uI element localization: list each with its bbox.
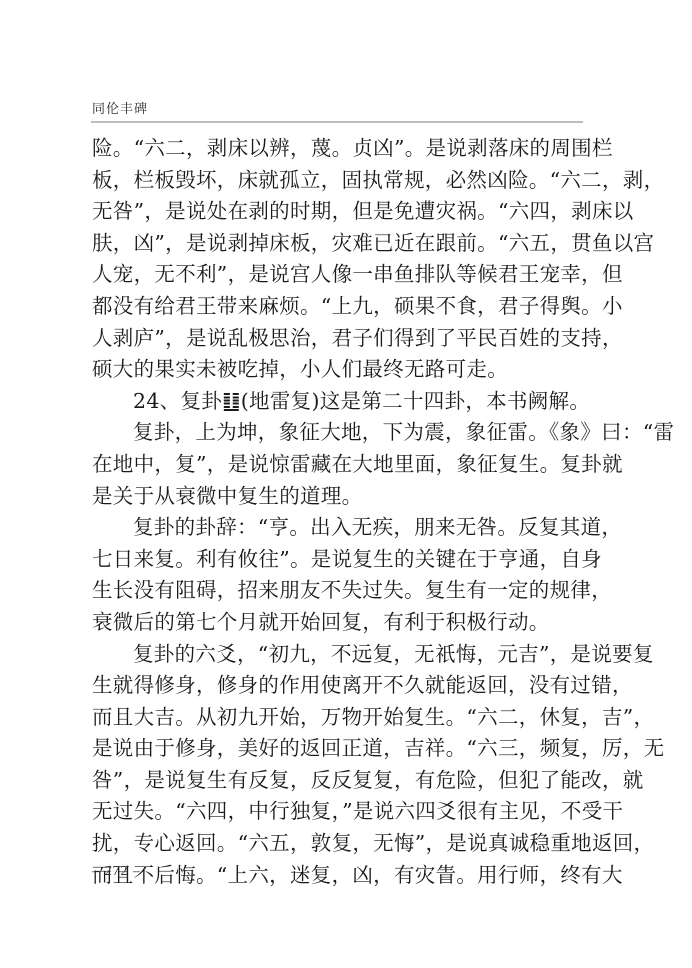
text-line: 无过失。“六四，中行独复，”是说六四爻很有主见，不受干	[92, 796, 584, 828]
book-page: 同伦丰碑 险。“六二，剥床以辨，蔑。贞凶”。是说剥落床的周围栏板，栏板毁坏，床就…	[0, 0, 692, 968]
text-line: 生就得修身，修身的作用使离开不久就能返回，没有过错，	[92, 670, 584, 702]
text-line: 人宠，无不利”，是说宫人像一串鱼排队等候君王宠幸，但	[92, 259, 584, 291]
text-line: 险。“六二，剥床以辨，蔑。贞凶”。是说剥落床的周围栏	[92, 133, 584, 165]
text-line: 是关于从衰微中复生的道理。	[92, 481, 584, 513]
text-line: 扰，专心返回。“六五，敦复，无悔”，是说真诚稳重地返回，	[92, 828, 584, 860]
text-line: 复卦的卦辞：“亨。出入无疾，朋来无咎。反复其道，	[92, 512, 584, 544]
text-line: 24、复卦䷗(地雷复)这是第二十四卦，本书阙解。	[92, 386, 584, 418]
text-line: 是说由于修身，美好的返回正道，吉祥。“六三，频复，厉，无	[92, 733, 584, 765]
text-line: 都没有给君王带来麻烦。“上九，硕果不食，君子得舆。小	[92, 291, 584, 323]
text-line: 而且不后悔。“上六，迷复，凶，有灾眚。用行师，终有大	[92, 860, 584, 892]
text-line: 硕大的果实未被吃掉，小人们最终无路可走。	[92, 354, 584, 386]
text-line: 生长没有阻碍，招来朋友不失过失。复生有一定的规律，	[92, 575, 584, 607]
header-rule	[91, 121, 583, 123]
text-line: 衰微后的第七个月就开始回复，有利于积极行动。	[92, 607, 584, 639]
text-line: 七日来复。利有攸往”。是说复生的关键在于亨通，自身	[92, 544, 584, 576]
text-line: 复卦，上为坤，象征大地，下为震，象征雷。《象》曰：“雷	[92, 417, 584, 449]
page-number: – 272 –	[92, 864, 141, 880]
text-line: 板，栏板毁坏，床就孤立，固执常规，必然凶险。“六二，剥，	[92, 165, 584, 197]
running-header: 同伦丰碑	[92, 98, 148, 117]
text-line: 肤，凶”，是说剥掉床板，灾难已近在跟前。“六五，贯鱼以宫	[92, 228, 584, 260]
text-line: 无咎”，是说处在剥的时期，但是免遭灾祸。“六四，剥床以	[92, 196, 584, 228]
text-line: 人剥庐”，是说乱极思治，君子们得到了平民百姓的支持，	[92, 323, 584, 355]
text-line: 复卦的六爻，“初九，不远复，无祇悔，元吉”，是说要复	[92, 639, 584, 671]
body-text: 险。“六二，剥床以辨，蔑。贞凶”。是说剥落床的周围栏板，栏板毁坏，床就孤立，固执…	[92, 133, 584, 891]
text-line: 在地中，复”，是说惊雷藏在大地里面，象征复生。复卦就	[92, 449, 584, 481]
text-line: 咎”，是说复生有反复，反反复复，有危险，但犯了能改，就	[92, 765, 584, 797]
text-line: 而且大吉。从初九开始，万物开始复生。“六二，休复，吉”，	[92, 702, 584, 734]
